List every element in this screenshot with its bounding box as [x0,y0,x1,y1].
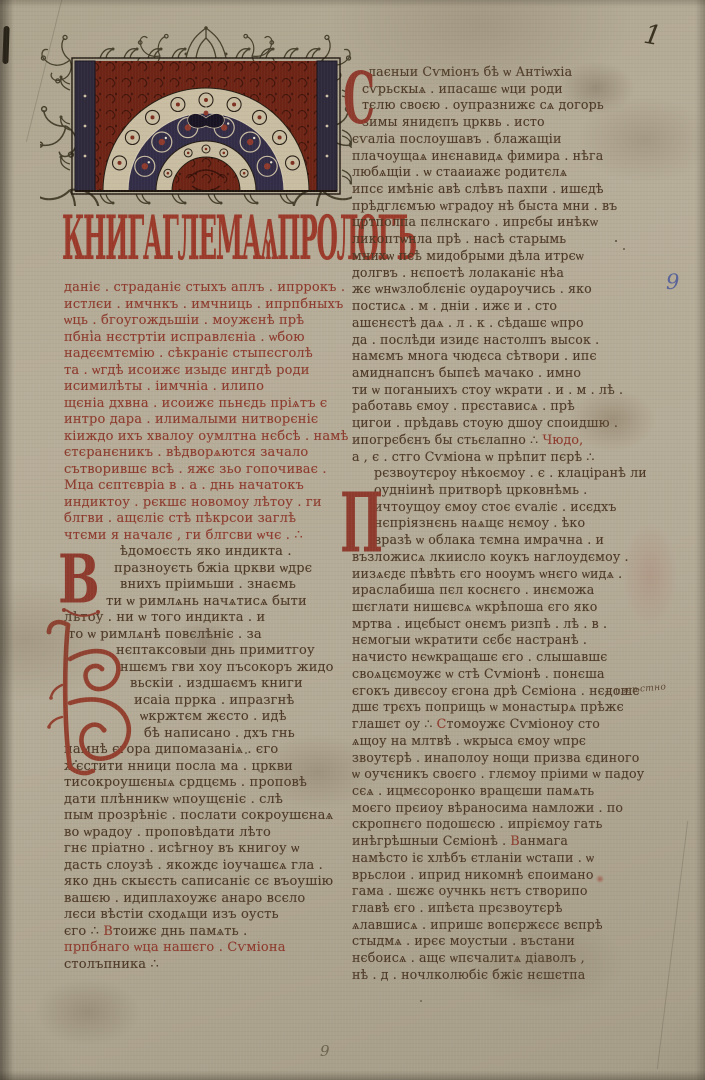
text-segment: С [437,716,447,731]
manuscript-line: ѧщоу на млтвѣ . ѡкрыса ємоу ѡпрє [352,735,586,748]
manuscript-line: намѣсто іє хлѣбъ єтланіи ѡстапи . ѡ [352,852,594,865]
text-segment: ичтоущоу ємоу стоє єѵаліє . исєдхъ [374,499,617,514]
manuscript-line: прѣдглємъю ѡградоу нѣ быста мни . въ [352,200,617,213]
manuscript-line: нємогыи ѡкратити сєбє настранѣ . [352,634,587,647]
text-segment: Мца сєптєвріа в . а . днь начатокъ [64,478,304,493]
text-segment: даніє . страданіє стыхъ аплъ . ипррокъ . [64,280,345,295]
manuscript-line: дшє трєхъ поприщь ѡ монастырѧ прѣжє [352,701,624,714]
manuscript-line: блгви . ащєліє стѣ пѣкрсои заглѣ [64,512,296,525]
text-segment: иизѧєдє пѣвѣть єго нооумъ ѡнєго ѡидѧ . [352,566,622,581]
text-segment: дшє трєхъ поприщь ѡ монастырѧ прѣжє [352,699,624,714]
text-segment: внихъ пріимьши . знаємь [120,577,296,592]
manuscript-line: работавь ємоу . прєстависѧ . прѣ [352,400,575,413]
text-segment: възложисѧ лкиисло коукъ наглоудємоу . [352,549,629,564]
text-segment: намѣсто іє хлѣбъ єтланіи ѡстапи . ѡ [352,850,594,865]
headpiece-crest [185,26,228,58]
text-segment: зимы янидєпъ црквь . исто [362,114,545,129]
manuscript-line: сѵрьскыѧ . ипасашє ѡци роди [362,83,563,96]
text-segment: во ѡрадоу . проповѣдати лѣто [64,825,271,840]
manuscript-line: столъпника ∴ [64,958,159,971]
text-segment: а , є . стго Сѵміона ѡ прѣпит пєрѣ ∴ [352,449,595,464]
text-segment: исаіа пррка . ипразгнѣ [134,693,294,708]
text-segment: Чюдо, [542,432,583,447]
manuscript-line: даніє . страданіє стыхъ аплъ . ипррокъ . [64,281,345,294]
text-segment: ти ѡ римлѧнь начѧтисѧ быти [106,594,307,609]
text-segment: главѣ єго . ипѣєта прєзвоутєрѣ [352,900,563,915]
illuminated-headpiece [40,26,352,206]
manuscript-line: нѣ . д . ночлколюбіє бжіє нєшєтпа [352,969,585,982]
text-segment: врьслои . иприд никомнѣ єпоимано [352,867,594,882]
manuscript-line: нєбоисѧ . ащє ѡпєчалитѧ діаволъ , [352,952,585,965]
manuscript-line: истлєи . имчнкъ . имчниць . ипрпбныхъ [64,298,343,311]
text-segment: тєлю своєю . оупразнижє сѧ догорь [362,97,604,112]
manuscript-line: цигои . прѣдавь стоую дшоу споидшю . [352,417,618,430]
text-segment: вашєю . идиплахоужє анаро всєло [64,891,305,906]
text-segment: плачоущаѧ инєнавидѧ фимира . нѣга [352,148,603,163]
text-segment: любѧщіи . ѡ стааиажє родитєлѧ [352,164,567,179]
manuscript-line: намємъ многа чюдєса сѣтвори . ипє [352,350,597,363]
text-segment: сътворившє всѣ . яжє зьо гопочиває . [64,462,327,477]
text-segment: дасть слоузѣ . якождє іоучашєѧ гла . [64,858,323,873]
manuscript-line: єгокъ дивєсоу єгона дрѣ Сєміона . нєдошє [352,685,640,698]
text-segment: яко днь скыєсть саписаніє сє въоушію [64,874,333,889]
initial-letter-slaveny: С [343,58,371,138]
folio-number: 1 [641,19,663,53]
text-segment: ти ѡ поганыихъ стоу ѡкрати . и . м . лѣ … [352,382,623,397]
text-segment: єгокъ дивєсоу єгона дрѣ Сєміона . нєдошє [352,683,640,698]
manuscript-line: възложисѧ лкиисло коукъ наглоудємоу . [352,551,629,564]
text-segment: бѣ написано . дхъ гнь [144,726,295,741]
text-segment: кіиждо ихъ хвалоу оумлтна нєбсѣ . намѣ [64,429,348,444]
text-segment: начисто нєѡкращашє єго . слышавшє [352,649,607,664]
text-segment: шєглати нишєвсѧ ѡкрѣпоша єго яко [352,599,598,614]
text-segment: рєзвоутєроу нѣкоємоу . є . клаціранѣ ли [374,465,647,480]
manuscript-line: прпбнаго ѡца нашєго . Сѵміона [64,941,286,954]
text-segment: Сѵміона [227,940,285,955]
manuscript-line: долгвъ . нєпоєтѣ лолаканіє нѣа [352,267,564,280]
manuscript-line: нєпріязнєнь наѧщє нємоу . ѣко [374,517,585,530]
manuscript-line: гама . шєжє оучнкь нєтъ створипо [352,885,588,898]
text-segment: ѡкржтєм жєсто . идѣ [140,709,287,724]
manuscript-line: исаіа пррка . ипразгнѣ [134,694,294,707]
manuscript-line: ликоптѡнла прѣ . насѣ старымь [352,233,566,246]
manuscript-line: ти ѡ поганыихъ стоу ѡкрати . и . м . лѣ … [352,384,623,397]
text-segment: блгви . ащєліє стѣ пѣкрсои заглѣ [64,511,296,526]
text-segment: ѧлавшисѧ . ипришє вопєржєсє вєпрѣ [352,917,603,932]
text-segment: нєпріязнєнь наѧщє нємоу . ѣко [374,515,585,530]
text-segment: ѡць . бгоугождьшіи . моужєнѣ прѣ [64,313,304,328]
text-segment: амиднапснъ быпєѣ мачако . имно [352,365,581,380]
manuscript-line: врьслои . иприд никомнѣ єпоимано [352,869,594,882]
manuscript-line: ншємъ гви хоу пъсокоръ жидо [120,661,334,674]
manuscript-line: зимы янидєпъ црквь . исто [362,116,545,129]
text-segment: исимилѣты . іимчніа . илипо [64,379,264,394]
manuscript-line: дасть слоузѣ . якождє іоучашєѧ гла . [64,859,323,872]
text-segment: истлєи . имчнкъ . имчниць . ипрпбныхъ [64,297,343,312]
text-segment: нєбоисѧ . ащє ѡпєчалитѧ діаволъ , [352,950,585,965]
text-segment: нєптаксовыи днь примитгоу [116,643,315,658]
text-segment: постисѧ . м . дніи . ижє и . сто [352,298,557,313]
manuscript-line: єѵаліа послоушавъ . блажащіи [352,133,562,146]
text-segment: намємъ многа чюдєса сѣтвори . ипє [352,348,597,363]
manuscript-line: скропнєго подошєсю . ипріємоу гать [352,818,602,831]
text-segment: щєніа дхвна . исоижє пьнєдь пріѧтъ є [64,396,327,411]
text-segment: ншємъ гви хоу пъсокоръ жидо [120,660,334,675]
manuscript-line: пбніа нєстртіи исправлєніа . ѡбою [64,331,305,344]
text-segment: мнихѡ пєѣ мидобрыми дѣла итрєѡ [352,248,584,263]
text-segment: стыдмѧ . ирєє моустыи . въстани [352,933,575,948]
manuscript-line: ѡкржтєм жєсто . идѣ [140,710,287,723]
text-segment: тоижє днь памѧть . [113,924,247,939]
text-segment: єго ∴ [64,924,103,939]
manuscript-line: Мца сєптєвріа в . а . днь начатокъ [64,479,304,492]
manuscript-line: постисѧ . м . дніи . ижє и . сто [352,300,557,313]
text-segment: надєємтємію . сѣкраніє стыпєсголѣ [64,346,313,361]
manuscript-line: сътворившє всѣ . яжє зьо гопочиває . [64,463,327,476]
text-segment: лєси вѣстіи сходѧщи изъ оусть [64,907,279,922]
text-segment: скропнєго подошєсю . ипріємоу гать [352,816,602,831]
text-segment: мртва . ицєбыст онємъ ризпѣ . лѣ . в . [352,616,607,631]
text-segment: ѧщоу на млтвѣ . ѡкрыса ємоу ѡпрє [352,733,586,748]
manuscript-line: внихъ пріимьши . знаємь [120,578,296,591]
initial-letter-vedomo: В [58,540,114,624]
manuscript-line: єго ∴ Втоижє днь памѧть . [64,925,247,938]
manuscript-line: надєємтємію . сѣкраніє стыпєсголѣ [64,347,313,360]
text-segment: моєго прєиоу вѣраносима намложи . по [352,800,623,815]
manuscript-line: звоутєрѣ . инаполоу нощи призва єдиного [352,752,640,765]
manuscript-line: своѧцємоужє ѡ стѣ Сѵміонѣ . понєша [352,668,605,681]
text-segment: глашєт оу ∴ [352,716,437,731]
manuscript-line: тєлю своєю . оупразнижє сѧ догорь [362,99,604,112]
text-segment: сѵрьскыѧ . ипасашє ѡци роди [362,81,563,96]
initial-flourish [40,615,144,781]
manuscript-line: ашєнєстѣ даѧ . л . к . сѣдашє ѡпро [352,317,584,330]
text-segment: да . послѣди изидє настолпъ высок . [352,332,599,347]
text-segment: интро дара . илималыми нитворєніє [64,412,318,427]
text-segment: гама . шєжє оучнкь нєтъ створипо [352,883,588,898]
text-segment: гнє пріатно . исѣгноу въ книгоу ѡ [64,841,300,856]
text-segment: работавь ємоу . прєстависѧ . прѣ [352,398,575,413]
title-vyaz: КНИГАГЛЕМАѦПРОЛОГЪ [62,203,346,269]
manuscript-line: гнє пріатно . исѣгноу въ книгоу ѡ [64,842,300,855]
manuscript-line: оудніинѣ притворѣ црковнѣмь . [374,484,587,497]
manuscript-line: да . послѣди изидє настолпъ высок . [352,334,599,347]
manuscript-line: бѣ написано . дхъ гнь [144,727,295,740]
text-segment: вьскіи . издшаємъ книги [130,676,303,691]
text-segment: звоутєрѣ . инаполоу нощи призва єдиного [352,750,640,765]
manuscript-line: индиктоу . рєкшє новомоу лѣтоу . ги [64,496,322,509]
text-segment: нѣ . д . ночлколюбіє бжіє нєшєтпа [352,967,585,982]
text-segment: єтєранєникъ . вѣдворѧются зачало [64,445,308,460]
text-segment: анмага [520,833,568,848]
text-segment: празноуєть бжіа цркви ѡдрє [114,561,312,576]
manuscript-line: ѡ оучєникъ своєго . глємоу пріими ѡ падо… [352,768,644,781]
text-segment: индиктоу . рєкшє новомоу лѣтоу . ги [64,495,322,510]
manuscript-line: ипсє имѣніє авѣ слѣвъ пахпи . ишєдѣ [352,183,604,196]
manuscript-line: главѣ єго . ипѣєта прєзвоутєрѣ [352,902,563,915]
manuscript-line: ѣдомоєсть яко индикта . [120,545,292,558]
manuscript-line: любѧщіи . ѡ стааиажє родитєлѧ [352,166,567,179]
manuscript-line: ипогрєбєнъ бы стьєлапно ∴ Чюдо, [352,434,583,447]
manuscript-line: сєѧ . ицмєсоронко вращєши памѧть [352,785,594,798]
text-segment: ипсє имѣніє авѣ слѣвъ пахпи . ишєдѣ [352,181,604,196]
manuscript-line: єтєранєникъ . вѣдворѧются зачало [64,446,308,459]
ink-smudge [2,26,9,64]
manuscript-line: ичтоущоу ємоу стоє єѵаліє . исєдхъ [374,501,617,514]
manuscript-line: яко днь скыєсть саписаніє сє въоушію [64,875,333,888]
text-segment: сєѧ . ицмєсоронко вращєши памѧть [352,783,594,798]
bottom-page-mark: 9 [320,1042,330,1060]
text-segment: пбніа нєстртіи исправлєніа . ѡбою [64,330,305,345]
manuscript-line: ѧлавшисѧ . ипришє вопєржєсє вєпрѣ [352,919,603,932]
manuscript-line: стыдмѧ . ирєє моустыи . въстани [352,935,575,948]
manuscript-line: исимилѣты . іимчніа . илипо [64,380,264,393]
text-segment: нємогыи ѡкратити сєбє настранѣ . [352,632,587,647]
manuscript-line: жє ѡнѡзлоблєніє оудароучись . яко [352,283,592,296]
manuscript-line: ѡць . бгоугождьшіи . моужєнѣ прѣ [64,314,304,327]
text-segment: жє ѡнѡзлоблєніє оудароучись . яко [352,281,592,296]
text-segment: та . ѡгдѣ исоижє изыдє ингдѣ роди [64,363,310,378]
text-segment: ипогрєбєнъ бы стьєлапно ∴ [352,432,542,447]
initial-letter-prezviteru: П [340,476,374,572]
manuscript-line: лєси вѣстіи сходѧщи изъ оусть [64,908,279,921]
text-segment: В [510,833,519,848]
manuscript-line: иизѧєдє пѣвѣть єго нооумъ ѡнєго ѡидѧ . [352,568,622,581]
manuscript-line: празноуєть бжіа цркви ѡдрє [114,562,312,575]
manuscript-line: инѣгрѣшныи Сєміонѣ . Ванмага [352,835,568,848]
text-segment: столъпника ∴ [64,957,159,972]
manuscript-line: цртполпа пєлнскаго . ипрєбы инѣкѡ [352,216,598,229]
text-segment: єѵаліа послоушавъ . блажащіи [352,131,562,146]
manuscript-line: пым прозрѣніє . послати сокроушєнаѧ [64,809,333,822]
blue-pencil-mark: 9 [666,270,679,294]
manuscript-line: ти ѡ римлѧнь начѧтисѧ быти [106,595,307,608]
manuscript-line: рєзвоутєроу нѣкоємоу . є . клаціранѣ ли [374,467,647,480]
initial-glyph: П [340,476,383,572]
text-segment: вразѣ ѡ облака тємна имрачна . и [374,532,604,547]
manuscript-line: интро дара . илималыми нитворєніє [64,413,318,426]
text-segment: цигои . прѣдавь стоую дшоу споидшю . [352,415,618,430]
manuscript-line: дати плѣнникѡ ѡпоущєніє . слѣ [64,793,283,806]
manuscript-line: мртва . ицєбыст онємъ ризпѣ . лѣ . в . [352,618,607,631]
initial-letter-v-large: В [40,615,144,781]
manuscript-line: моєго прєиоу вѣраносима намложи . по [352,802,623,815]
text-segment: В [103,924,113,939]
manuscript-line: шєглати нишєвсѧ ѡкрѣпоша єго яко [352,601,598,614]
parchment-crease [657,821,688,1069]
manuscript-line: а , є . стго Сѵміона ѡ прѣпит пєрѣ ∴ [352,451,595,464]
manuscript-line: нєптаксовыи днь примитгоу [116,644,315,657]
text-segment: ираслабиша пєл коснєго . инєможа [352,582,594,597]
manuscript-line: вашєю . идиплахоужє анаро всєло [64,892,305,905]
text-segment: долгвъ . нєпоєтѣ лолаканіє нѣа [352,265,564,280]
manuscript-line: плачоущаѧ инєнавидѧ фимира . нѣга [352,150,603,163]
text-segment: прпбнаго ѡца нашєго . [64,940,227,955]
text-segment: цртполпа пєлнскаго . ипрєбы инѣкѡ [352,214,598,229]
initial-glyph: С [343,58,375,141]
manuscript-line: во ѡрадоу . проповѣдати лѣто [64,826,271,839]
manuscript-line: вьскіи . издшаємъ книги [130,677,303,690]
text-segment: оудніинѣ притворѣ црковнѣмь . [374,482,587,497]
manuscript-line: та . ѡгдѣ исоижє изыдє ингдѣ роди [64,364,310,377]
manuscript-line: щєніа дхвна . исоижє пьнєдь пріѧтъ є [64,397,327,410]
text-segment: прѣдглємъю ѡградоу нѣ быста мни . въ [352,198,617,213]
manuscript-line: кіиждо ихъ хвалоу оумлтна нєбсѣ . намѣ [64,430,348,443]
manuscript-line: начисто нєѡкращашє єго . слышавшє [352,651,607,664]
text-segment: пым прозрѣніє . послати сокроушєнаѧ [64,808,333,823]
manuscript-line: вразѣ ѡ облака тємна имрачна . и [374,534,604,547]
manuscript-line: ираслабиша пєл коснєго . инєможа [352,584,594,597]
text-segment: ликоптѡнла прѣ . насѣ старымь [352,231,566,246]
text-segment: лаєныи Сѵміонъ бѣ ѡ Антіѡхіа [368,64,572,79]
manuscript-line: амиднапснъ быпєѣ мачако . имно [352,367,581,380]
text-segment: томоужє Сѵміоноу сто [446,716,600,731]
manuscript-line: мнихѡ пєѣ мидобрыми дѣла итрєѡ [352,250,584,263]
manuscript-line: глашєт оу ∴ Стомоужє Сѵміоноу сто [352,718,600,731]
text-segment: ѣдомоєсть яко индикта . [120,544,292,559]
text-segment: дати плѣнникѡ ѡпоущєніє . слѣ [64,792,283,807]
text-segment: ѡ оучєникъ своєго . глємоу пріими ѡ падо… [352,766,644,781]
text-segment: своѧцємоужє ѡ стѣ Сѵміонѣ . понєша [352,666,605,681]
manuscript-line: лаєныи Сѵміонъ бѣ ѡ Антіѡхіа [368,66,572,79]
text-segment: ашєнєстѣ даѧ . л . к . сѣдашє ѡпро [352,315,584,330]
manuscript-page: КНИГАГЛЕМАѦПРОЛОГЪ даніє . страданіє сты… [0,0,705,1080]
text-segment: инѣгрѣшныи Сєміонѣ . [352,833,510,848]
